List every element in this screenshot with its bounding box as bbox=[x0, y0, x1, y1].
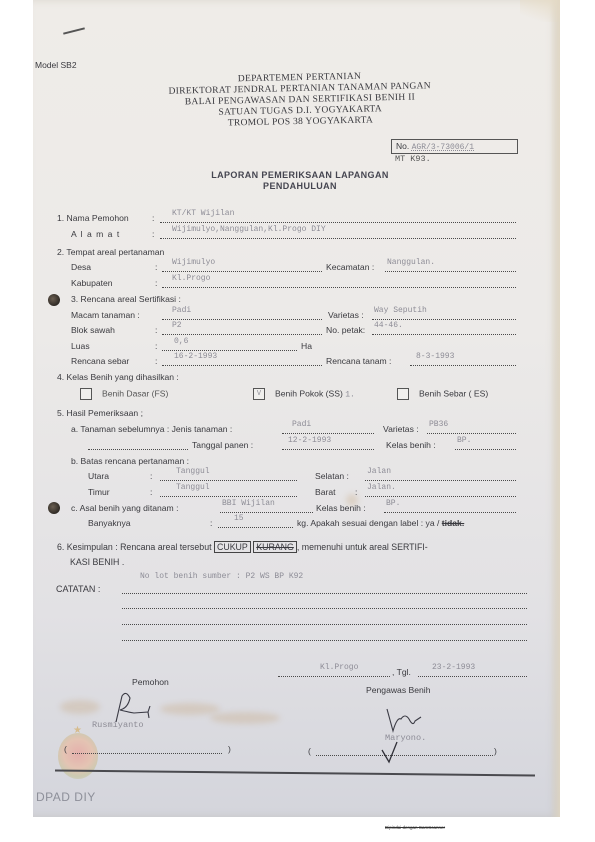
punch-hole bbox=[48, 502, 60, 514]
place-field[interactable]: Kl.Progo bbox=[278, 667, 390, 677]
timur-field[interactable]: Tanggul bbox=[160, 487, 297, 497]
document-number-box: No. AGR/3-73006/1 bbox=[391, 139, 518, 154]
luas-field[interactable]: 0,6 bbox=[162, 341, 297, 351]
catatan-line-4[interactable] bbox=[122, 631, 527, 641]
kesimpulan: 6. Kesimpulan : Rencana areal tersebut C… bbox=[57, 542, 428, 554]
archive-emblem: ★ bbox=[58, 733, 98, 779]
nama-label: 1. Nama Pemohon bbox=[57, 213, 129, 225]
nama-field[interactable]: KT/KT Wijilan bbox=[160, 213, 516, 223]
checkbox[interactable] bbox=[397, 388, 409, 400]
alamat-label: A l a m a t bbox=[71, 229, 120, 241]
tidak-option[interactable]: tidak. bbox=[442, 518, 464, 528]
pemohon-signature bbox=[108, 688, 158, 724]
petak-label: No. petak: bbox=[326, 325, 365, 337]
kurang-option[interactable]: KURANG bbox=[253, 541, 297, 553]
letterhead: DEPARTEMEN PERTANIAN DIREKTORAT JENDRAL … bbox=[99, 69, 500, 132]
punch-hole bbox=[48, 294, 60, 306]
kelas-option-pokok[interactable]: VBenih Pokok (SS) 1. bbox=[253, 388, 355, 400]
model-code: Model SB2 bbox=[35, 60, 77, 70]
pemohon-name: Rusmiyanto bbox=[92, 720, 144, 732]
selatan-label: Selatan : bbox=[315, 471, 349, 483]
banyak-unit: kg. Apakah sesuai dengan label : ya / bbox=[297, 518, 439, 528]
pengawas-signature bbox=[385, 705, 431, 735]
tanam-label: Rencana tanam : bbox=[326, 356, 391, 368]
b-label: b. Batas rencana pertanaman : bbox=[71, 456, 189, 468]
blok-field[interactable]: P2 bbox=[162, 325, 322, 335]
title-line-1: LAPORAN PEMERIKSAAN LAPANGAN bbox=[150, 170, 450, 181]
pengawas-name-field[interactable] bbox=[316, 746, 493, 756]
kecamatan-label: Kecamatan : bbox=[326, 262, 374, 274]
section5-heading: 5. Hasil Pemeriksaan ; bbox=[57, 408, 143, 420]
section4-heading: 4. Kelas Benih yang dihasilkan : bbox=[57, 372, 179, 384]
macam-field[interactable]: Padi bbox=[162, 310, 322, 320]
kelas-option-sebar[interactable]: Benih Sebar ( ES) bbox=[397, 388, 488, 400]
c-kelas-label: Kelas benih : bbox=[316, 503, 366, 515]
utara-field[interactable]: Tanggul bbox=[160, 471, 297, 481]
catatan-line-2[interactable] bbox=[122, 599, 527, 609]
number-value: AGR/3-73006/1 bbox=[412, 143, 474, 152]
catatan-label: CATATAN : bbox=[56, 584, 100, 596]
stain bbox=[60, 700, 100, 714]
banyak-field[interactable]: 15 bbox=[218, 518, 293, 528]
selatan-field[interactable]: Jalan bbox=[365, 471, 516, 481]
tgl-field[interactable]: 23-2-1993 bbox=[418, 667, 527, 677]
macam-label: Macam tanaman : bbox=[71, 310, 140, 322]
tanam-field[interactable]: 8-3-1993 bbox=[410, 356, 516, 366]
a-varietas-field[interactable]: PB36 bbox=[427, 424, 516, 434]
varietas-label: Varietas : bbox=[328, 310, 364, 322]
catatan-line-3[interactable] bbox=[122, 615, 527, 625]
a-jenis-field[interactable]: Padi bbox=[282, 424, 374, 434]
number-label: No. bbox=[396, 141, 409, 151]
kabupaten-label: Kabupaten bbox=[71, 278, 113, 290]
a-panen-field[interactable]: 12-2-1993 bbox=[282, 440, 374, 450]
catatan-line-1[interactable]: No lot benih sumber : P2 WS BP K92 bbox=[122, 584, 527, 594]
archive-watermark: DPAD DIY bbox=[36, 790, 96, 804]
timur-label: Timur bbox=[88, 487, 110, 499]
luas-unit: Ha bbox=[301, 341, 312, 353]
mt-code: MT K93. bbox=[395, 154, 431, 164]
tgl-label: , Tgl. bbox=[392, 667, 411, 679]
barat-label: Barat bbox=[315, 487, 336, 499]
stain bbox=[210, 712, 280, 724]
varietas-field[interactable]: Way Seputih bbox=[372, 310, 516, 320]
c-label: c. Asal benih yang ditanam : bbox=[71, 503, 179, 515]
kabupaten-field[interactable]: Kl.Progo bbox=[162, 278, 516, 288]
section2-heading: 2. Tempat areal pertanaman bbox=[57, 247, 164, 259]
a-continuation-field[interactable] bbox=[88, 440, 188, 450]
title-line-2: PENDAHULUAN bbox=[150, 181, 450, 192]
alamat-value: Wijimulyo,Nanggulan,Kl.Progo DIY bbox=[172, 225, 326, 234]
a-kelas-label: Kelas benih : bbox=[386, 440, 436, 452]
kelas-option-dasar[interactable]: Benih Dasar (FS) bbox=[80, 388, 168, 400]
utara-label: Utara bbox=[88, 471, 109, 483]
sebar-field[interactable]: 16-2-1993 bbox=[162, 356, 322, 366]
luas-label: Luas bbox=[71, 341, 90, 353]
stain bbox=[160, 703, 220, 715]
petak-field[interactable]: 44-46. bbox=[372, 325, 516, 335]
checkbox-checked[interactable]: V bbox=[253, 388, 265, 400]
alamat-field[interactable]: Wijimulyo,Nanggulan,Kl.Progo DIY bbox=[160, 229, 516, 239]
checkmark-icon bbox=[380, 740, 402, 766]
a-label: a. Tanaman sebelumnya : Jenis tanaman : bbox=[71, 424, 232, 436]
cukup-option[interactable]: CUKUP bbox=[214, 541, 251, 553]
pengawas-label: Pengawas Benih bbox=[366, 685, 431, 697]
desa-field[interactable]: Wijimulyo bbox=[162, 262, 322, 272]
pemohon-name-field[interactable] bbox=[72, 744, 222, 754]
c-kelas-field[interactable]: BP. bbox=[384, 503, 516, 513]
barat-field[interactable]: Jalan. bbox=[365, 487, 516, 497]
sebar-label: Rencana sebar bbox=[71, 356, 129, 368]
form-title: LAPORAN PEMERIKSAAN LAPANGAN PENDAHULUAN bbox=[150, 170, 450, 192]
section3-heading: 3. Rencana areal Sertifikasi : bbox=[71, 294, 181, 306]
c-asal-field[interactable]: BBI Wijilan bbox=[220, 503, 313, 513]
checkbox[interactable] bbox=[80, 388, 92, 400]
a-panen-label: Tanggal panen : bbox=[192, 440, 253, 452]
scanner-watermark: Dipindai dengan CamScanner bbox=[385, 825, 445, 830]
kesimpulan-line2: KASI BENIH . bbox=[70, 557, 124, 569]
blok-label: Blok sawah bbox=[71, 325, 115, 337]
a-kelas-field[interactable]: BP. bbox=[455, 440, 516, 450]
nama-value: KT/KT Wijilan bbox=[172, 209, 234, 218]
banyak-label: Banyaknya bbox=[88, 518, 131, 530]
a-varietas-label: Varietas : bbox=[383, 424, 419, 436]
kecamatan-field[interactable]: Nanggulan. bbox=[385, 262, 516, 272]
desa-label: Desa bbox=[71, 262, 91, 274]
